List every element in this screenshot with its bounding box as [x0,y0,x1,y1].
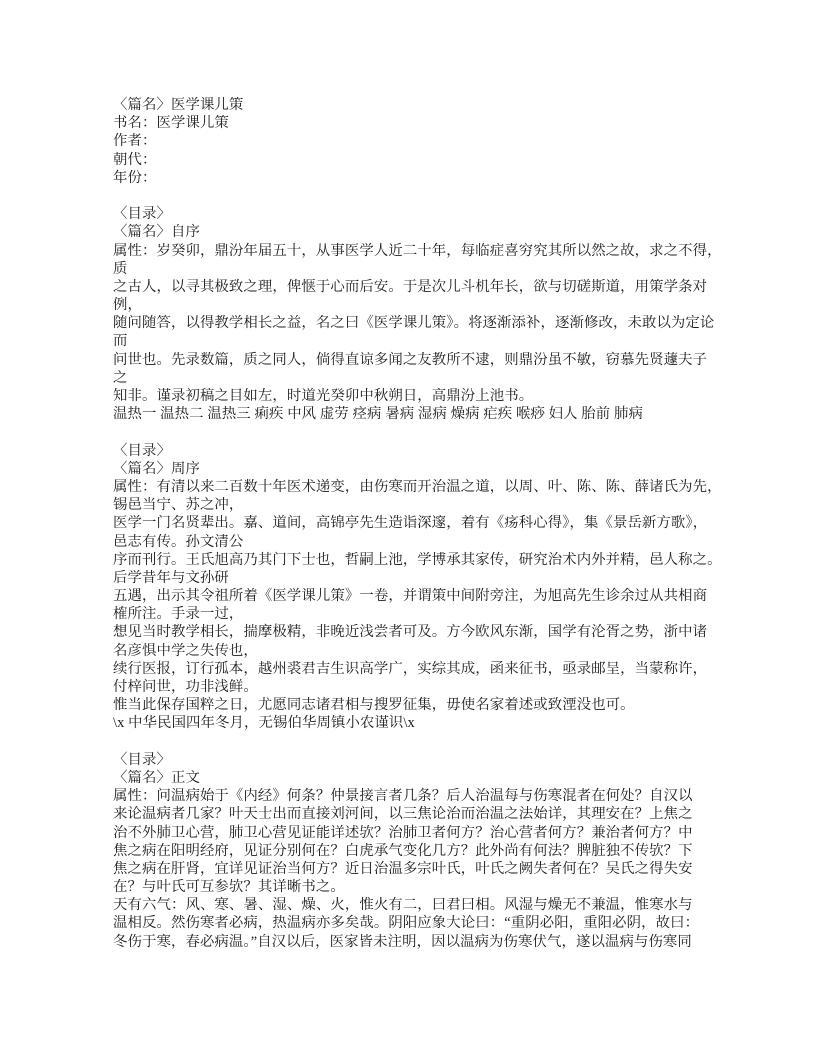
text-line: 例， [113,296,773,314]
text-line: 之古人，以寻其极致之理，俾惬于心而后安。于是次儿斗机年长，欲与切磋斯道，用策学条… [113,278,773,296]
text-line: 想见当时教学相长，揣摩极精，非晚近浅尝者可及。方今欧风东渐，国学有沦胥之势，浙中… [113,623,773,641]
text-line: 〈目录〉 [113,205,773,223]
text-line: 之 [113,369,773,387]
document-page: 〈篇名〉医学课儿策书名：医学课儿策作者：朝代：年份：〈目录〉〈篇名〉自序属性：岁… [0,0,816,1056]
text-line: 〈目录〉 [113,442,773,460]
text-line: 来论温病者几家？叶天士出而直接刘河间，以三焦论治而治温之法始详，其理安在？上焦之 [113,805,773,823]
text-line: 治不外肺卫心营，肺卫心营见证能详述欤？治肺卫者何方？治心营者何方？兼治者何方？中 [113,824,773,842]
text-line: 锡邑当宁、苏之冲， [113,496,773,514]
text-line: 〈篇名〉医学课儿策 [113,96,773,114]
text-line: 焦之病在阳明经府，见证分别何在？白虎承气变化几方？此外尚有何法？脾脏独不传欤？下 [113,842,773,860]
text-line: 榷所注。手录一过， [113,605,773,623]
text-line: 作者： [113,132,773,150]
text-line: 温热一 温热二 温热三 痢疾 中风 虚劳 痉病 暑病 湿病 燥病 疟疾 喉痧 妇… [113,405,773,423]
text-line: 属性：岁癸卯，鼎汾年届五十，从事医学人近二十年，每临症喜穷究其所以然之故，求之不… [113,242,773,260]
text-line: 名彦惧中学之失传也， [113,642,773,660]
text-line: 〈目录〉 [113,751,773,769]
text-line: 续行医报，订行孤本，越州裘君吉生识高学广，实综其成，函来征书，亟录邮呈，当蒙称许… [113,660,773,678]
text-line: 朝代： [113,151,773,169]
text-line: 问世也。先录数篇，质之同人，倘得直谅多闻之友教所不逮，则鼎汾虽不敏，窃慕先贤蘧夫… [113,351,773,369]
text-line: 邑志有传。孙文清公 [113,533,773,551]
text-line: 而 [113,332,773,350]
text-line: \x 中华民国四年冬月，无锡伯华周镇小农谨识\x [113,714,773,732]
blank-line [113,423,773,441]
blank-line [113,733,773,751]
text-line: 冬伤于寒，春必病温。”自汉以后，医家皆未注明，因以温病为伤寒伏气，遂以温病与伤寒… [113,933,773,951]
text-line: 后学昔年与文孙研 [113,569,773,587]
text-line: 质 [113,260,773,278]
text-line: 在？与叶氏可互参欤？其详晰书之。 [113,878,773,896]
document-text: 〈篇名〉医学课儿策书名：医学课儿策作者：朝代：年份：〈目录〉〈篇名〉自序属性：岁… [113,96,773,951]
text-line: 随问随答，以得教学相长之益，名之曰《医学课儿策》。将逐渐添补，逐渐修改，未敢以为… [113,314,773,332]
text-line: 天有六气：风、寒、暑、湿、燥、火，惟火有二，曰君曰相。风湿与燥无不兼温，惟寒水与 [113,896,773,914]
text-line: 〈篇名〉正文 [113,769,773,787]
text-line: 温相反。然伤寒者必病，热温病亦多矣哉。阴阳应象大论曰：“重阴必阳，重阳必阴，故曰… [113,914,773,932]
text-line: 焦之病在肝肾，宜详见证治当何方？近日治温多宗叶氏，叶氏之阙失者何在？吴氏之得失安 [113,860,773,878]
text-line: 属性：有清以来二百数十年医术递变，由伤寒而开治温之道，以周、叶、陈、陈、薛诸氏为… [113,478,773,496]
text-line: 医学一门名贤辈出。嘉、道间，高锦亭先生造诣深邃，着有《疡科心得》，集《景岳新方歌… [113,514,773,532]
text-line: 书名：医学课儿策 [113,114,773,132]
text-line: 付梓问世，功非浅鲜。 [113,678,773,696]
text-line: 知非。谨录初稿之目如左，时道光癸卯中秋朔日，高鼎汾上池书。 [113,387,773,405]
blank-line [113,187,773,205]
text-line: 惟当此保存国粹之日，尤愿同志诸君相与搜罗征集，毋使名家着述或致湮没也可。 [113,696,773,714]
text-line: 年份： [113,169,773,187]
text-line: 〈篇名〉周序 [113,460,773,478]
text-line: 序而刊行。王氏旭高乃其门下士也，哲嗣上池，学博承其家传，研究治术内外并精，邑人称… [113,551,773,569]
text-line: 属性：问温病始于《内经》何条？仲景接言者几条？后人治温每与伤寒混者在何处？自汉以 [113,787,773,805]
text-line: 〈篇名〉自序 [113,223,773,241]
text-line: 五遇，出示其令祖所着《医学课儿策》一卷，并谓策中间附旁注，为旭高先生诊余过从共相… [113,587,773,605]
